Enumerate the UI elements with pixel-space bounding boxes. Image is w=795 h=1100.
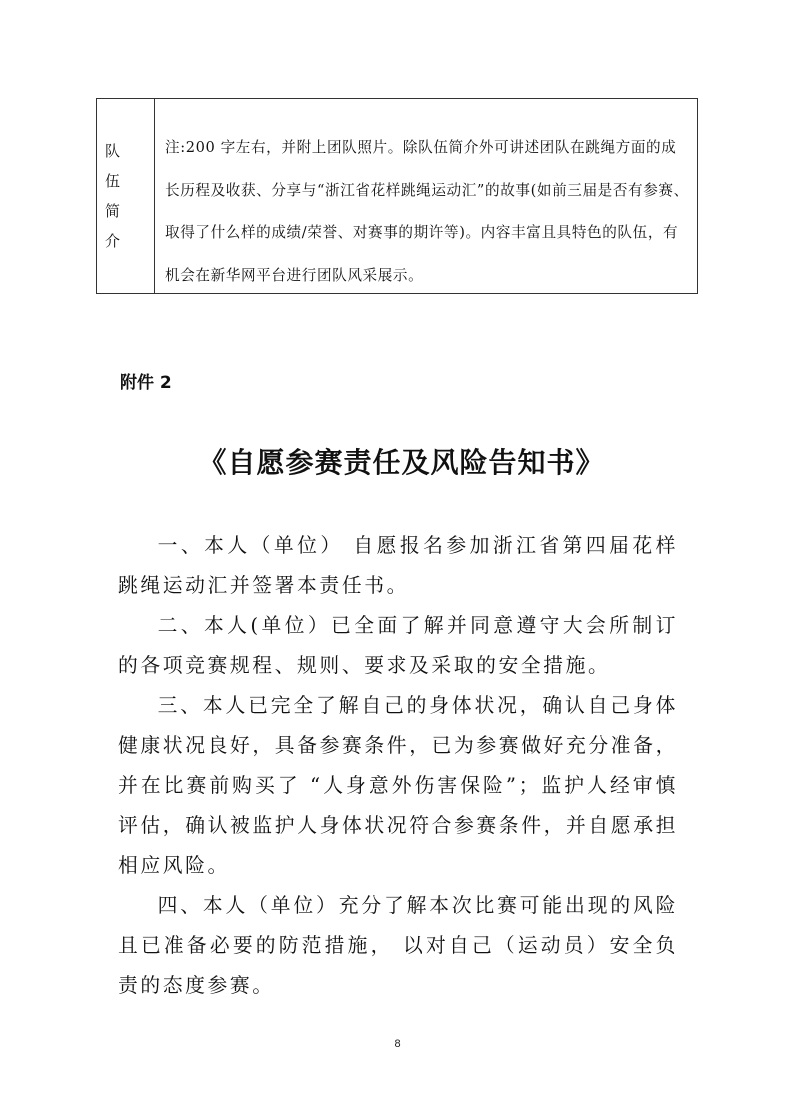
- clause-2: 二、本人(单位）已全面了解并同意遵守大会所制订的各项竞赛规程、规则、要求及采取的…: [118, 606, 678, 686]
- attachment-label: 附件 2: [120, 368, 172, 393]
- clause-1: 一、本人（单位） 自愿报名参加浙江省第四届花样跳绳运动汇并签署本责任书。: [118, 526, 678, 606]
- document-body: 一、本人（单位） 自愿报名参加浙江省第四届花样跳绳运动汇并签署本责任书。 二、本…: [118, 526, 678, 1006]
- team-intro-label-line2: 简 介: [105, 196, 154, 256]
- clause-3: 三、本人已完全了解自己的身体状况，确认自己身体健康状况良好，具备参赛条件，已为参…: [118, 686, 678, 886]
- document-title: 《自愿参赛责任及风险告知书》: [0, 441, 795, 481]
- clause-4: 四、本人（单位）充分了解本次比赛可能出现的风险且已准备必要的防范措施， 以对自己…: [118, 886, 678, 1006]
- page-number: 8: [0, 1038, 795, 1050]
- team-intro-table: 队 伍 简 介 注:200 字左右，并附上团队照片。除队伍简介外可讲述团队在跳绳…: [96, 98, 698, 294]
- team-intro-content: 注:200 字左右，并附上团队照片。除队伍简介外可讲述团队在跳绳方面的成长历程及…: [155, 99, 697, 293]
- team-intro-label-line1: 队 伍: [105, 136, 154, 196]
- document-page: 队 伍 简 介 注:200 字左右，并附上团队照片。除队伍简介外可讲述团队在跳绳…: [0, 0, 795, 1100]
- team-intro-label-cell: 队 伍 简 介: [97, 99, 155, 293]
